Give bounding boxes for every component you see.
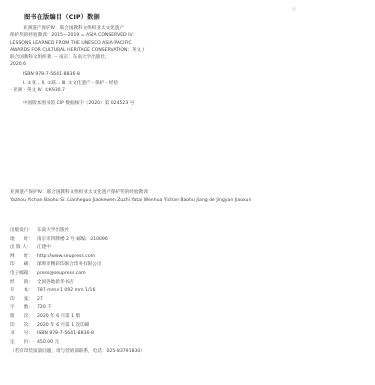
info-row-word-count: 字 数：720 千 (10, 304, 145, 313)
cip-isbn: ISBN 978-7-5641-8836-8 (10, 71, 160, 78)
quality-note: （若有印装质量问题，请与营销部联系，电话：025-83791830） (10, 348, 145, 357)
info-row-printer: 印 刷：深圳市精彩印联合印务有限公司 (10, 261, 145, 270)
info-label: 经 销： (10, 279, 37, 288)
pinyin-title: Yazhou Yichan Baohu Si: Lianheguo Jiaoke… (10, 197, 251, 205)
scan-speck (292, 7, 296, 11)
cip-line: LESSONS LEARNED FROM THE UNESCO ASIA-PAC… (10, 40, 160, 47)
info-label: 字 数： (10, 304, 37, 313)
info-row-isbn: 书 号：ISBN 978-7-5641-8836-8 (10, 330, 145, 339)
cip-line: AWARDS FOR CULTURAL HERITAGE CONSERVATIO… (10, 47, 160, 54)
info-label: 印 张： (10, 296, 37, 305)
info-value: 2020 年 6 月第 1 次印刷 (37, 322, 89, 331)
info-row-price: 定 价：450.00 元 (10, 339, 145, 348)
cip-line: 2020.6 (10, 61, 160, 68)
info-value: http://www.seupress.com (37, 253, 95, 262)
cip-body: 亚洲遗产保护IV：联合国教科文组织亚太文化遗产 保护奖的经验教训：2015—20… (10, 25, 160, 107)
info-value: press@seupress.com (37, 270, 86, 279)
info-row-edition: 版 次：2020 年 6 月第 1 版 (10, 313, 145, 322)
info-label: 出 版 人： (10, 244, 37, 253)
cip-classification-line: Ⅰ. ①亚… Ⅱ. ①联… Ⅲ. ①文化遗产 - 保护 - 经验 (10, 80, 160, 87)
info-row-distributor: 经 销：全国各地新华书店 (10, 279, 145, 288)
info-value: 东南大学出版社 (37, 227, 69, 236)
info-value: 787 mm×1 092 mm 1/16 (37, 287, 95, 296)
info-value: 720 千 (37, 304, 52, 313)
info-value: 27 (37, 296, 43, 305)
info-row-website: 网 址：http://www.seupress.com (10, 253, 145, 262)
info-row-sheets: 印 张：27 (10, 296, 145, 305)
info-label: 出版发行： (10, 227, 37, 236)
info-value: 深圳市精彩印联合印务有限公司 (37, 261, 101, 270)
book-title-block: 亚洲遗产保护IV：联合国教科文组织亚太文化遗产保护奖的经验教训 Yazhou Y… (10, 189, 251, 205)
cip-line: 保护奖的经验教训：2015—2019 = ASIA CONSERVED IV： (10, 32, 160, 39)
info-row-email: 电子邮箱：press@seupress.com (10, 270, 145, 279)
info-value: 2020 年 6 月第 1 版 (37, 313, 80, 322)
publication-info: 出版发行：东南大学出版社 地 址：南京市四牌楼 2 号 邮编：210096 出 … (10, 227, 145, 357)
info-label: 版 次： (10, 313, 37, 322)
info-label: 印 次： (10, 322, 37, 331)
cip-data-block: 图书在版编目（CIP）数据 亚洲遗产保护IV：联合国教科文组织亚太文化遗产 保护… (10, 12, 160, 107)
info-label: 网 址： (10, 253, 37, 262)
info-value: 南京市四牌楼 2 号 邮编：210096 (37, 236, 108, 245)
cip-library-record: 中国版本图书馆 CIP 数据核字（2020）第 024523 号 (10, 100, 160, 107)
info-label: 定 价： (10, 339, 37, 348)
info-value: 全国各地新华书店 (37, 279, 74, 288)
info-label: 书 号： (10, 330, 37, 339)
cip-heading: 图书在版编目（CIP）数据 (24, 12, 160, 21)
info-row-publisher-person: 出 版 人：江建中 (10, 244, 145, 253)
info-row-format: 开 本：787 mm×1 092 mm 1/16 (10, 287, 145, 296)
info-value: ISBN 978-7-5641-8836-8 (37, 330, 94, 339)
info-row-printing: 印 次：2020 年 6 月第 1 次印刷 (10, 322, 145, 331)
cip-line: 亚洲遗产保护IV：联合国教科文组织亚太文化遗产 (10, 25, 160, 32)
info-value: 江建中 (37, 244, 51, 253)
info-label: 电子邮箱： (10, 270, 37, 279)
copyright-page: 图书在版编目（CIP）数据 亚洲遗产保护IV：联合国教科文组织亚太文化遗产 保护… (0, 0, 375, 385)
info-row-publisher: 出版发行：东南大学出版社 (10, 227, 145, 236)
info-label: 地 址： (10, 236, 37, 245)
cip-classification-line: - 亚洲 - 英文 Ⅳ. ①K930.7 (10, 87, 160, 94)
chinese-title: 亚洲遗产保护IV：联合国教科文组织亚太文化遗产保护奖的经验教训 (10, 189, 251, 197)
info-label: 开 本： (10, 287, 37, 296)
info-label: 印 刷： (10, 261, 37, 270)
cip-line: 联合国教科文组织著. -- 南京：东南大学出版社, (10, 54, 160, 61)
info-value: 450.00 元 (37, 339, 59, 348)
info-row-address: 地 址：南京市四牌楼 2 号 邮编：210096 (10, 236, 145, 245)
